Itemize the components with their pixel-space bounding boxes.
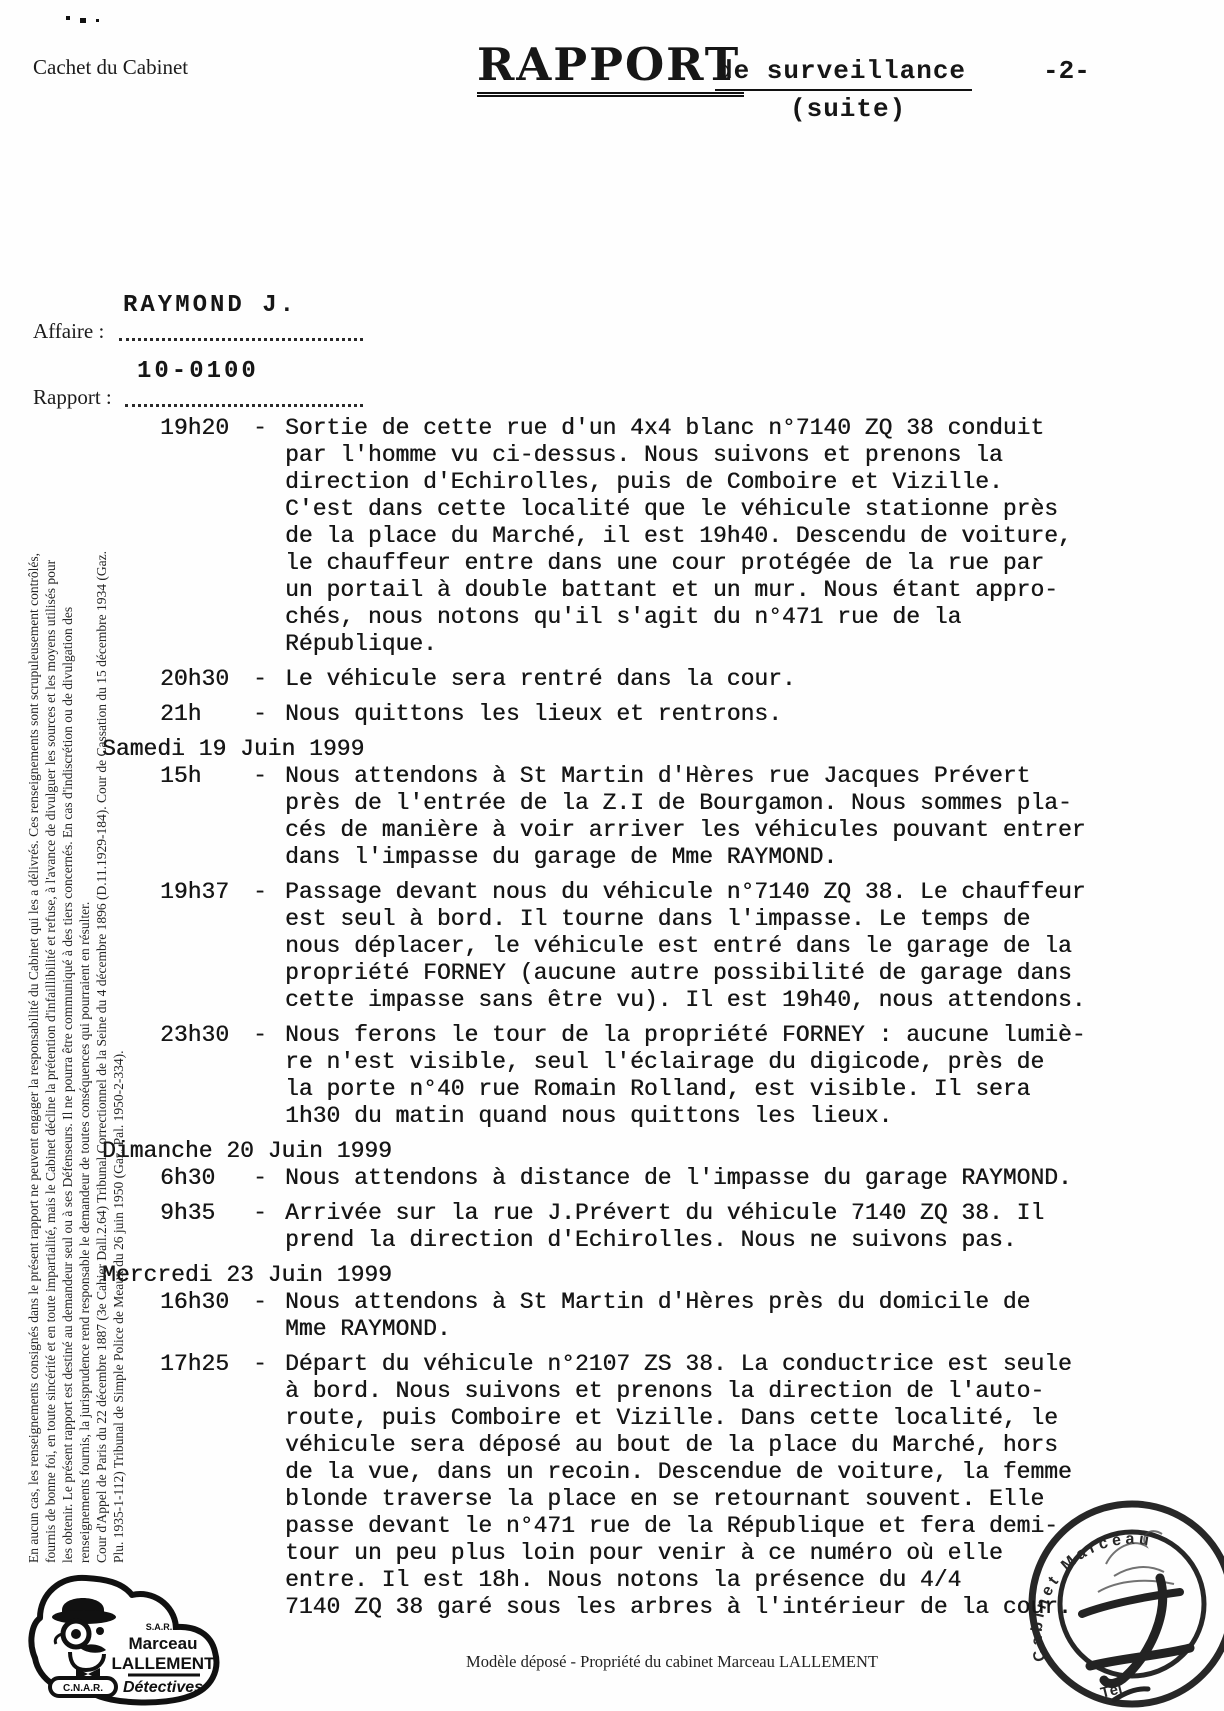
- entry-text-line: de la place du Marché, il est 19h40. Des…: [285, 523, 1120, 550]
- entry-text-line: Nous attendons à St Martin d'Hères rue J…: [285, 763, 1120, 790]
- entry-text-line: Le véhicule sera rentré dans la cour.: [285, 666, 1120, 693]
- date-heading: Samedi 19 Juin 1999: [102, 736, 1120, 763]
- scan-speck: [96, 19, 99, 22]
- scan-speck: [80, 18, 86, 23]
- page-number: -2-: [1043, 56, 1090, 86]
- disclaimer-line: En aucun cas, les renseignements consign…: [25, 400, 42, 1563]
- entry-row: 16h30-Nous attendons à St Martin d'Hères…: [160, 1289, 1120, 1343]
- entry-row: 19h37-Passage devant nous du véhicule n°…: [160, 879, 1120, 1014]
- entry-text-line: propriété FORNEY (aucune autre possibili…: [285, 960, 1120, 987]
- page-subtitle: de surveillance: [715, 56, 972, 91]
- entry-text: Sortie de cette rue d'un 4x4 blanc n°714…: [285, 415, 1120, 658]
- entry-text-line: est seul à bord. Il tourne dans l'impass…: [285, 906, 1120, 933]
- entry-text-line: Départ du véhicule n°2107 ZS 38. La cond…: [285, 1351, 1120, 1378]
- rapport-value: 10-0100: [137, 358, 259, 385]
- entry-row: 23h30-Nous ferons le tour de la propriét…: [160, 1022, 1120, 1130]
- entry-text-line: chés, nous notons qu'il s'agit du n°471 …: [285, 604, 1120, 631]
- entry-text: Le véhicule sera rentré dans la cour.: [285, 666, 1120, 693]
- affaire-dotted-line: [119, 338, 363, 341]
- entry-text: Nous attendons à distance de l'impasse d…: [285, 1165, 1120, 1192]
- affaire-row: Affaire : RAYMOND J.: [33, 298, 363, 344]
- entry-text-line: prend la direction d'Echirolles. Nous ne…: [285, 1227, 1120, 1254]
- entry-time: 6h30: [160, 1165, 253, 1192]
- entry-text-line: de la vue, dans un recoin. Descendue de …: [285, 1459, 1120, 1486]
- entry-text: Passage devant nous du véhicule n°7140 Z…: [285, 879, 1120, 1014]
- entry-text-line: un portail à double battant et un mur. N…: [285, 577, 1120, 604]
- page-title: RAPPORT: [477, 38, 744, 97]
- entry-row: 9h35-Arrivée sur la rue J.Prévert du véh…: [160, 1200, 1120, 1254]
- entry-dash: -: [253, 701, 285, 728]
- entry-text-line: nous déplacer, le véhicule est entré dan…: [285, 933, 1120, 960]
- entry-time: 19h20: [160, 415, 253, 658]
- rapport-dotted-line: [125, 404, 363, 407]
- entry-row: 17h25-Départ du véhicule n°2107 ZS 38. L…: [160, 1351, 1120, 1621]
- entry-time: 19h37: [160, 879, 253, 1014]
- entry-text-line: blonde traverse la place en se retournan…: [285, 1486, 1120, 1513]
- entry-text: Nous quittons les lieux et rentrons.: [285, 701, 1120, 728]
- entry-dash: -: [253, 1165, 285, 1192]
- cnar-badge-label: C.N.A.R.: [63, 1683, 103, 1694]
- report-page: Cachet du Cabinet RAPPORT de surveillanc…: [0, 0, 1224, 1711]
- affaire-label: Affaire :: [33, 319, 104, 344]
- entry-text-line: près de l'entrée de la Z.I de Bourgamon.…: [285, 790, 1120, 817]
- logo-name2: LALLEMENT: [112, 1654, 216, 1673]
- entry-text-line: entre. Il est 18h. Nous notons la présen…: [285, 1567, 1120, 1594]
- pupil-icon: [71, 1629, 81, 1639]
- entry-text-line: le chauffeur entre dans une cour protégé…: [285, 550, 1120, 577]
- entry-time: 16h30: [160, 1289, 253, 1343]
- entry-text-line: Mme RAYMOND.: [285, 1316, 1120, 1343]
- entry-dash: -: [253, 1289, 285, 1343]
- entry-dash: -: [253, 879, 285, 1014]
- logo-name1: Marceau: [129, 1634, 198, 1653]
- entry-text-line: véhicule sera déposé au bout de la place…: [285, 1432, 1120, 1459]
- entry-text: Départ du véhicule n°2107 ZS 38. La cond…: [285, 1351, 1120, 1621]
- entry-time: 20h30: [160, 666, 253, 693]
- entry-dash: -: [253, 1022, 285, 1130]
- date-heading: Mercredi 23 Juin 1999: [102, 1262, 1120, 1289]
- ink-stamp: Cabinet Marceau Tél: [998, 1412, 1224, 1711]
- entry-text-line: Nous quittons les lieux et rentrons.: [285, 701, 1120, 728]
- entry-text: Nous attendons à St Martin d'Hères près …: [285, 1289, 1120, 1343]
- entry-row: 19h20-Sortie de cette rue d'un 4x4 blanc…: [160, 415, 1120, 658]
- entry-text-line: Nous attendons à St Martin d'Hères près …: [285, 1289, 1120, 1316]
- entry-text-line: par l'homme vu ci-dessus. Nous suivons e…: [285, 442, 1120, 469]
- entry-text-line: Sortie de cette rue d'un 4x4 blanc n°714…: [285, 415, 1120, 442]
- entry-row: 21h-Nous quittons les lieux et rentrons.: [160, 701, 1120, 728]
- agency-logo: C.N.A.R. S.A.R.L. Marceau LALLEMENT Déte…: [24, 1572, 224, 1711]
- entry-row: 15h-Nous attendons à St Martin d'Hères r…: [160, 763, 1120, 871]
- entry-time: 15h: [160, 763, 253, 871]
- entry-text: Nous attendons à St Martin d'Hères rue J…: [285, 763, 1120, 871]
- disclaimer-line: renseignements fournis, la jurisprudence…: [76, 400, 93, 1563]
- entries: 19h20-Sortie de cette rue d'un 4x4 blanc…: [160, 415, 1120, 1629]
- entry-dash: -: [253, 666, 285, 693]
- logo-subtitle: Détectives: [123, 1679, 203, 1696]
- entry-text-line: 7140 ZQ 38 garé sous les arbres à l'inté…: [285, 1594, 1120, 1621]
- entry-row: 20h30-Le véhicule sera rentré dans la co…: [160, 666, 1120, 693]
- cachet-label: Cachet du Cabinet: [33, 55, 188, 80]
- disclaimer-line: fournis de bonne foi, en toute sincérité…: [42, 400, 59, 1563]
- margin-disclaimer: En aucun cas, les renseignements consign…: [25, 400, 127, 1563]
- entry-text-line: re n'est visible, seul l'éclairage du di…: [285, 1049, 1120, 1076]
- date-heading: Dimanche 20 Juin 1999: [102, 1138, 1120, 1165]
- entry-text-line: la porte n°40 rue Romain Rolland, est vi…: [285, 1076, 1120, 1103]
- entry-text-line: Nous attendons à distance de l'impasse d…: [285, 1165, 1120, 1192]
- entry-time: 9h35: [160, 1200, 253, 1254]
- scan-speck: [66, 16, 70, 20]
- entry-text: Arrivée sur la rue J.Prévert du véhicule…: [285, 1200, 1120, 1254]
- entry-time: 21h: [160, 701, 253, 728]
- entry-text-line: Nous ferons le tour de la propriété FORN…: [285, 1022, 1120, 1049]
- entry-text-line: passe devant le n°471 rue de la Républiq…: [285, 1513, 1120, 1540]
- entry-text-line: C'est dans cette localité que le véhicul…: [285, 496, 1120, 523]
- entry-text-line: République.: [285, 631, 1120, 658]
- disclaimer-line: Plu. 1935-1-112) Tribunal de Simple Poli…: [110, 400, 127, 1563]
- entry-text-line: dans l'impasse du garage de Mme RAYMOND.: [285, 844, 1120, 871]
- entry-time: 23h30: [160, 1022, 253, 1130]
- disclaimer-line: Cour d'Appel de Paris du 22 décembre 188…: [93, 400, 110, 1563]
- disclaimer-line: les obtenir. Le présent rapport est dest…: [59, 400, 76, 1563]
- entry-dash: -: [253, 763, 285, 871]
- entry-text-line: Arrivée sur la rue J.Prévert du véhicule…: [285, 1200, 1120, 1227]
- entry-text-line: Passage devant nous du véhicule n°7140 Z…: [285, 879, 1120, 906]
- entry-dash: -: [253, 1200, 285, 1254]
- entry-text-line: cette impasse sans être vu). Il est 19h4…: [285, 987, 1120, 1014]
- entry-text-line: cés de manière à voir arriver les véhicu…: [285, 817, 1120, 844]
- logo-sarl: S.A.R.L.: [146, 1622, 181, 1632]
- entry-text-line: 1h30 du matin quand nous quittons les li…: [285, 1103, 1120, 1130]
- entry-dash: -: [253, 415, 285, 658]
- entry-text-line: direction d'Echirolles, puis de Comboire…: [285, 469, 1120, 496]
- right-eye-icon: [96, 1627, 104, 1635]
- affaire-value: RAYMOND J.: [123, 292, 297, 319]
- entry-text-line: à bord. Nous suivons et prenons la direc…: [285, 1378, 1120, 1405]
- entry-text-line: tour un peu plus loin pour venir à ce nu…: [285, 1540, 1120, 1567]
- entry-text: Nous ferons le tour de la propriété FORN…: [285, 1022, 1120, 1130]
- entry-row: 6h30-Nous attendons à distance de l'impa…: [160, 1165, 1120, 1192]
- entry-dash: -: [253, 1351, 285, 1621]
- page-subtitle2: (suite): [790, 94, 906, 124]
- entry-text-line: route, puis Comboire et Vizille. Dans ce…: [285, 1405, 1120, 1432]
